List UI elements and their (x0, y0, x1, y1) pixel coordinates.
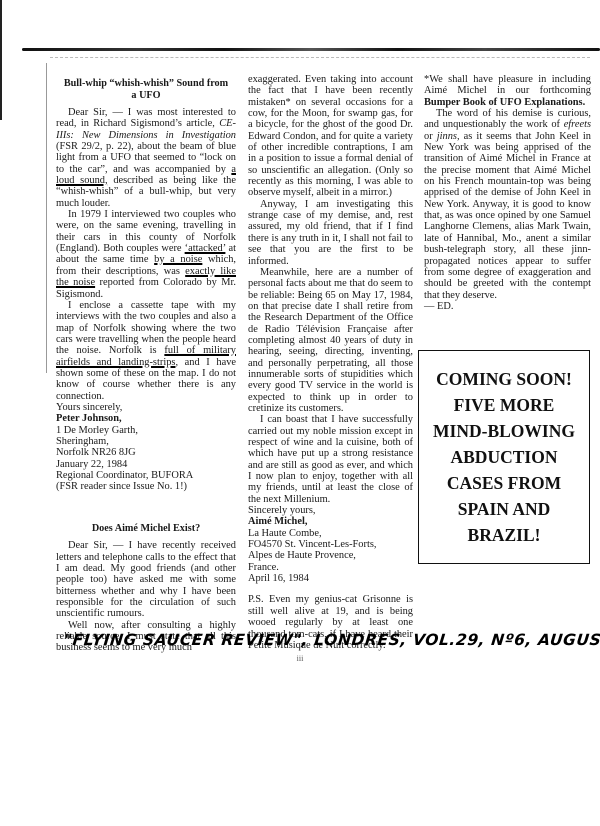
editor-note-paragraph-2: The word of his demise is curious, and u… (424, 108, 591, 301)
text: *We shall have pleasure in including Aim… (424, 74, 591, 96)
text: Dear Sir, — I was most interested to rea… (56, 107, 236, 129)
closing: Sincerely yours, (248, 505, 413, 516)
handwritten-underline: by a noise (154, 254, 202, 265)
margin-line (46, 63, 47, 373)
signer-name: Peter Johnson, (56, 413, 236, 424)
letter2-paragraph-1: Dear Sir, — I have recently received let… (56, 540, 236, 619)
address-line: FO4570 St. Vincent-Les-Forts, (248, 539, 413, 550)
letter2-title: Does Aimé Michel Exist? (56, 523, 236, 535)
letter1-title: Bull-whip “whish-whish” Sound from a UFO (56, 78, 236, 101)
promo-line: MIND-BLOWING (433, 418, 575, 444)
letter-date: April 16, 1984 (248, 573, 413, 584)
editor-note-paragraph-1: *We shall have pleasure in including Aim… (424, 74, 591, 108)
signer-name: Aimé Michel, (248, 516, 413, 527)
promo-line: SPAIN AND (433, 496, 575, 522)
text: (FSR 29/2, p. 22), about the beam of blu… (56, 141, 236, 175)
text: as it seems that John Keel in New York w… (424, 131, 591, 301)
column-1: Bull-whip “whish-whish” Sound from a UFO… (56, 78, 236, 654)
signer-note: (FSR reader since Issue No. 1!) (56, 481, 236, 492)
page-number: iii (0, 654, 600, 663)
letter2-title-text: Does Aimé Michel Exist? (92, 523, 200, 534)
address-line: France. (248, 562, 413, 573)
scan-edge-line (0, 0, 2, 120)
letter2-paragraph-4: Meanwhile, here are a number of personal… (248, 267, 413, 414)
address-line: 1 De Morley Garth, (56, 425, 236, 436)
promo-line: ABDUCTION (433, 444, 575, 470)
column-2: exaggerated. Even taking into account th… (248, 74, 413, 651)
promo-line: FIVE MORE (433, 392, 575, 418)
promo-line: CASES FROM (433, 470, 575, 496)
coming-soon-box: COMING SOON! FIVE MORE MIND-BLOWING ABDU… (418, 350, 590, 564)
letter-date: January 22, 1984 (56, 459, 236, 470)
spacer (56, 493, 236, 523)
address-line: Sheringham, (56, 436, 236, 447)
letter2-paragraph-3: Anyway, I am investigating this strange … (248, 199, 413, 267)
letter2-signature: Sincerely yours, Aimé Michel, La Haute C… (248, 505, 413, 584)
promo-line: BRAZIL! (433, 522, 575, 548)
letter2-paragraph-2-cont: exaggerated. Even taking into account th… (248, 74, 413, 199)
editor-signoff: — ED. (424, 301, 591, 312)
handwritten-source-caption: "FLYING SAUCER REVIEW", LONDRES, VOL.29,… (63, 631, 585, 649)
handwritten-underline: ‘attacked’ (185, 243, 226, 254)
header-rule (22, 48, 600, 51)
spacer (248, 584, 413, 594)
letter1-signature: Yours sincerely, Peter Johnson, 1 De Mor… (56, 402, 236, 493)
letter1-paragraph-2: In 1979 I interviewed two couples who we… (56, 209, 236, 300)
letter1-paragraph-1: Dear Sir, — I was most interested to rea… (56, 107, 236, 209)
coming-soon-text: COMING SOON! FIVE MORE MIND-BLOWING ABDU… (433, 366, 575, 548)
italic-term: efreets (564, 119, 591, 130)
address-line: La Haute Combe, (248, 528, 413, 539)
closing: Yours sincerely, (56, 402, 236, 413)
letter1-title-line1: Bull-whip “whish-whish” Sound from (64, 78, 228, 89)
page-border-dotted-line (50, 57, 590, 58)
text: or (424, 131, 437, 142)
italic-term: jinns, (437, 131, 460, 142)
letter1-title-line2: a UFO (56, 90, 236, 102)
signer-role: Regional Coordinator, BUFORA (56, 470, 236, 481)
letter1-paragraph-3: I enclose a cassette tape with my interv… (56, 300, 236, 402)
address-line: Alpes de Haute Provence, (248, 550, 413, 561)
column-3: *We shall have pleasure in including Aim… (424, 74, 591, 312)
letter2-paragraph-5: I can boast that I have successfully car… (248, 414, 413, 505)
promo-line: COMING SOON! (433, 366, 575, 392)
book-title: Bumper Book of UFO Explanations. (424, 97, 585, 108)
address-line: Norfolk NR26 8JG (56, 447, 236, 458)
